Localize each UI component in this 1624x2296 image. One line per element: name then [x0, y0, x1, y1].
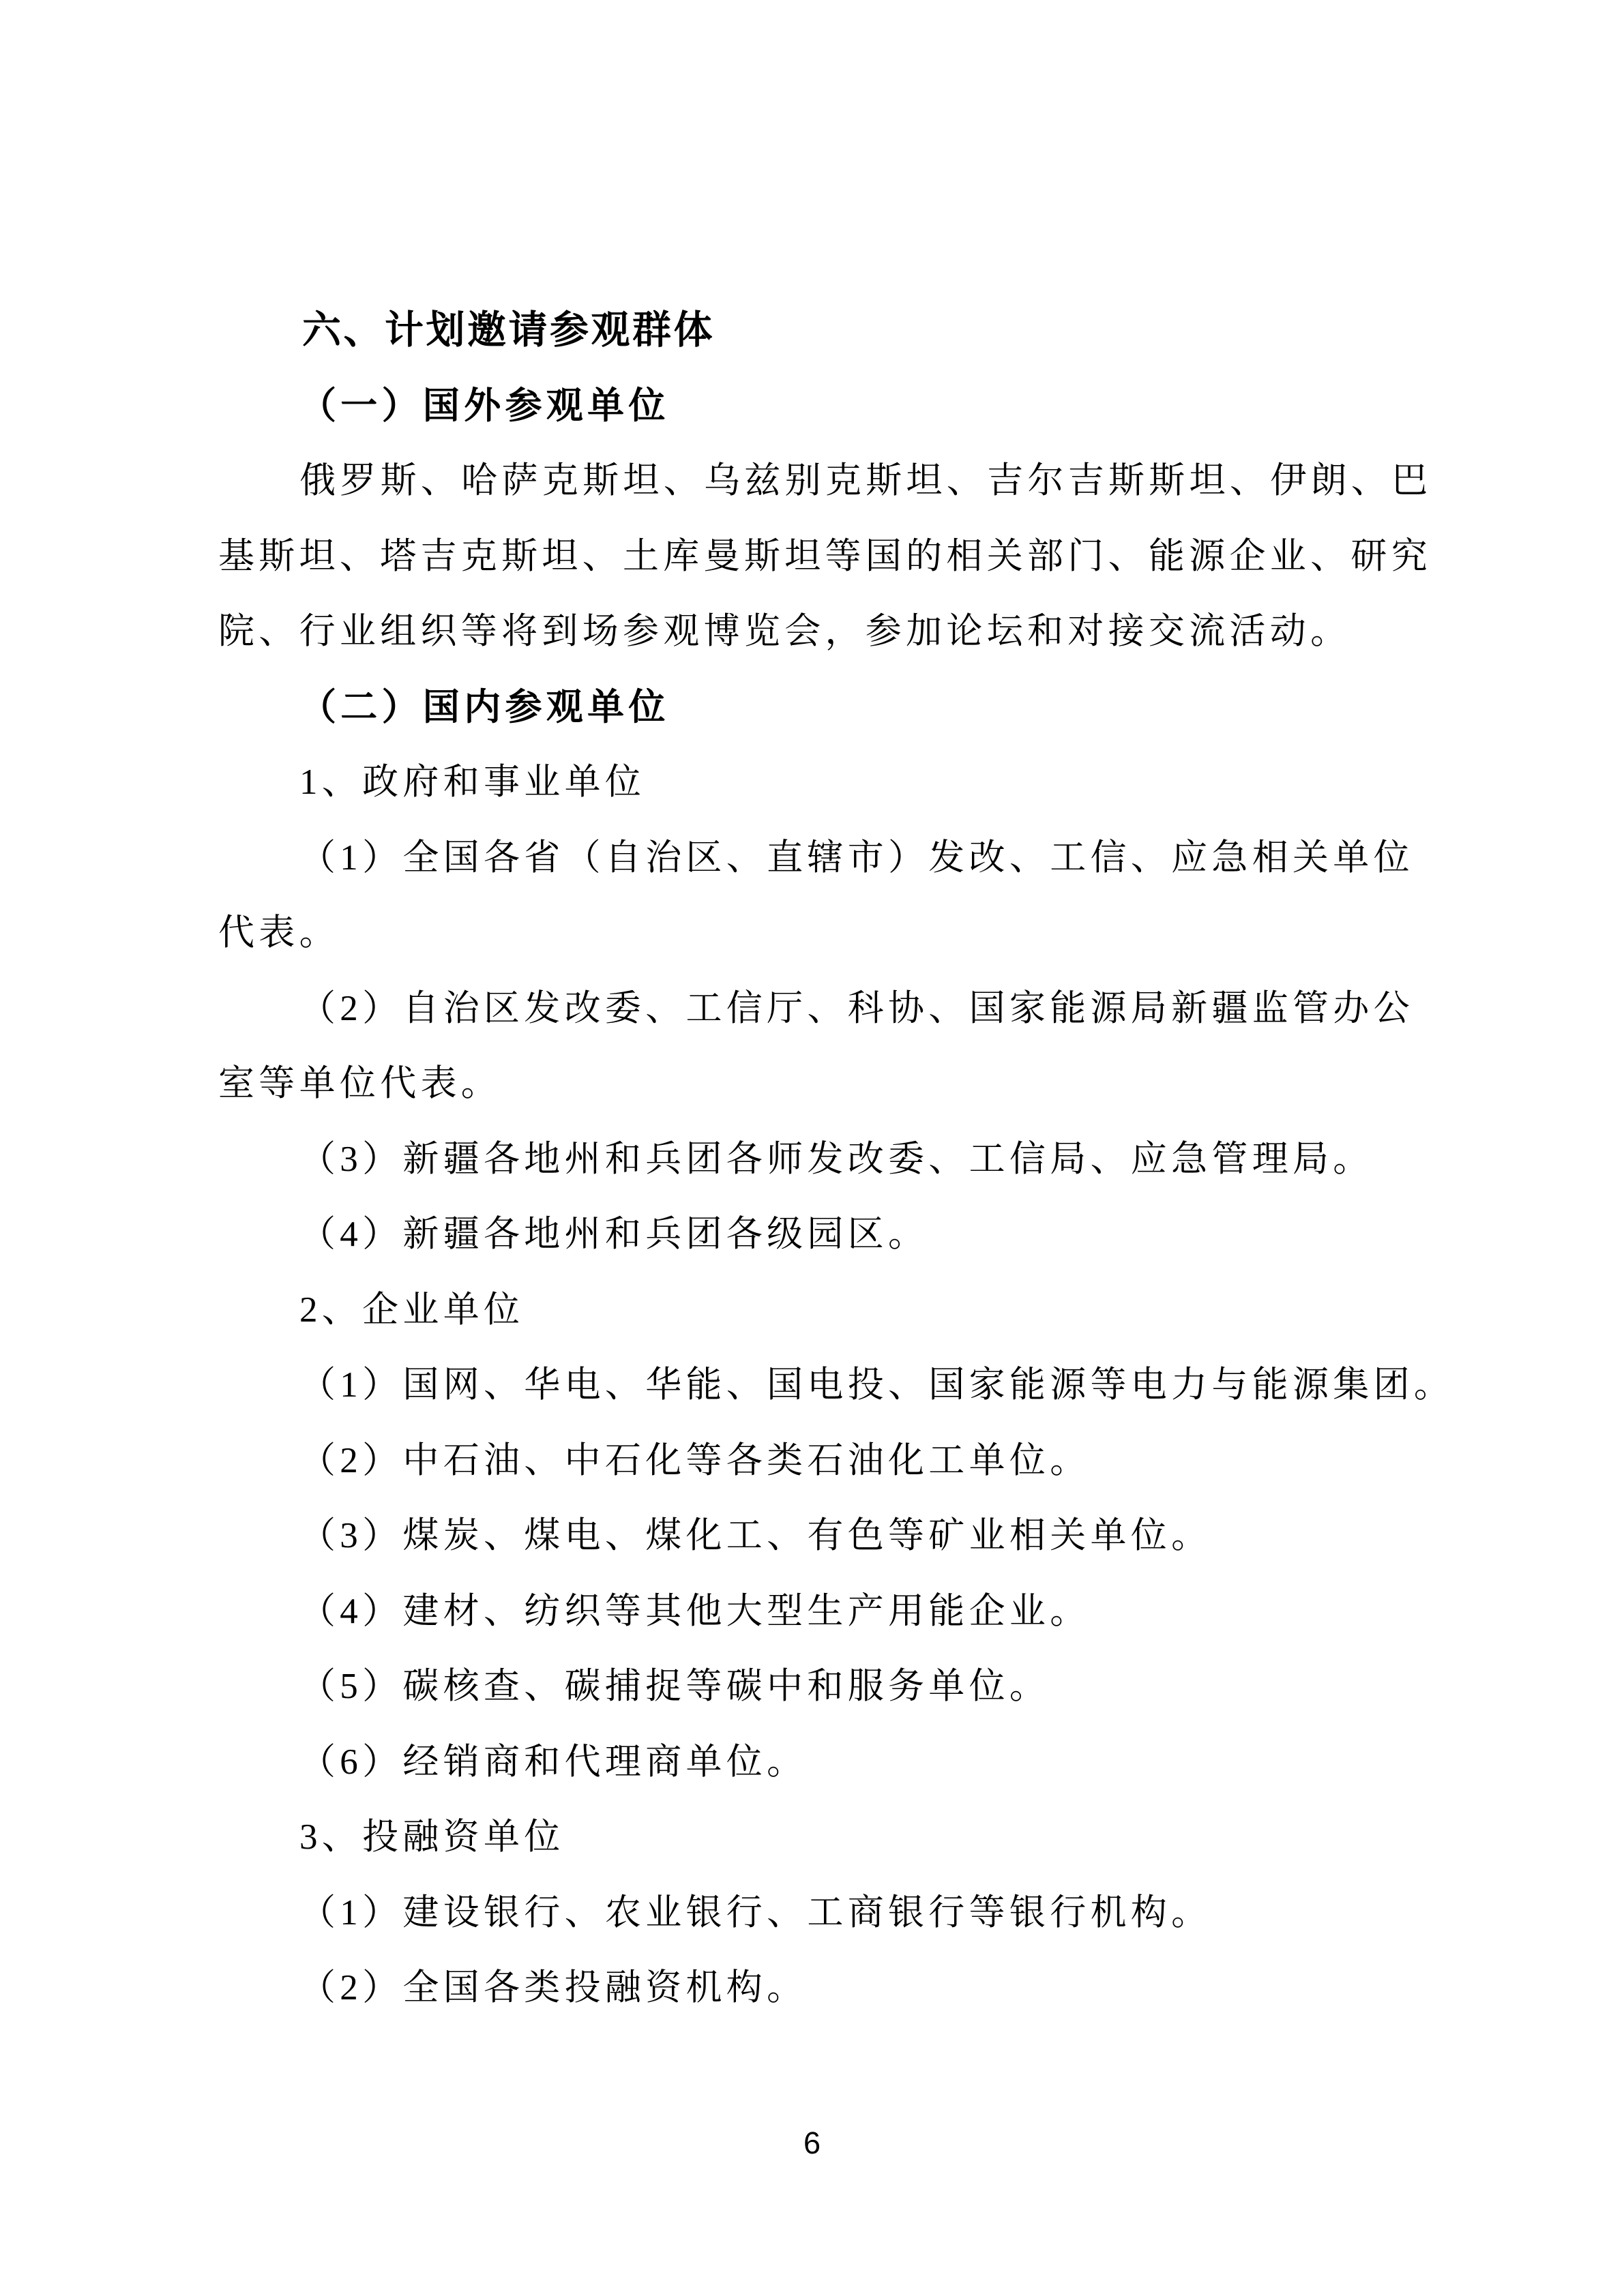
paragraph-line: （1）国网、华电、华能、国电投、国家能源等电力与能源集团。 — [218, 1347, 1436, 1423]
paragraph-line: （1）全国各省（自治区、直辖市）发改、工信、应急相关单位 — [218, 820, 1436, 896]
paragraph-line: （2）自治区发改委、工信厅、科协、国家能源局新疆监管办公 — [218, 971, 1436, 1047]
paragraph-line: 1、政府和事业单位 — [218, 745, 1436, 820]
document-page: 六、计划邀请参观群体（一）国外参观单位俄罗斯、哈萨克斯坦、乌兹别克斯坦、吉尔吉斯… — [0, 0, 1624, 2296]
paragraph-line: 院、行业组织等将到场参观博览会，参加论坛和对接交流活动。 — [218, 594, 1436, 670]
paragraph-line: （1）建设银行、农业银行、工商银行等银行机构。 — [218, 1875, 1436, 1951]
paragraph-line: （3）煤炭、煤电、煤化工、有色等矿业相关单位。 — [218, 1498, 1436, 1574]
paragraph-line: （4）建材、纺织等其他大型生产用能企业。 — [218, 1574, 1436, 1650]
paragraph-line: 代表。 — [218, 895, 1436, 971]
page-number: 6 — [803, 2128, 821, 2158]
paragraph-line: （6）经销商和代理商单位。 — [218, 1725, 1436, 1800]
subsection-heading: （一）国外参观单位 — [218, 368, 1436, 444]
paragraph-line: 基斯坦、塔吉克斯坦、土库曼斯坦等国的相关部门、能源企业、研究 — [218, 519, 1436, 595]
paragraph-line: 室等单位代表。 — [218, 1046, 1436, 1122]
paragraph-line: （5）碳核查、碳捕捉等碳中和服务单位。 — [218, 1649, 1436, 1725]
paragraph-line: 俄罗斯、哈萨克斯坦、乌兹别克斯坦、吉尔吉斯斯坦、伊朗、巴 — [218, 443, 1436, 519]
subsection-heading: （二）国内参观单位 — [218, 670, 1436, 745]
paragraph-line: （2）中石油、中石化等各类石油化工单位。 — [218, 1423, 1436, 1499]
section-heading: 六、计划邀请参观群体 — [218, 293, 1436, 368]
paragraph-line: （2）全国各类投融资机构。 — [218, 1950, 1436, 2026]
page-footer: 6 — [0, 2128, 1624, 2158]
paragraph-line: （4）新疆各地州和兵团各级园区。 — [218, 1197, 1436, 1272]
document-body: 六、计划邀请参观群体（一）国外参观单位俄罗斯、哈萨克斯坦、乌兹别克斯坦、吉尔吉斯… — [218, 293, 1436, 2026]
paragraph-line: 3、投融资单位 — [218, 1800, 1436, 1875]
paragraph-line: 2、企业单位 — [218, 1272, 1436, 1348]
paragraph-line: （3）新疆各地州和兵团各师发改委、工信局、应急管理局。 — [218, 1122, 1436, 1197]
